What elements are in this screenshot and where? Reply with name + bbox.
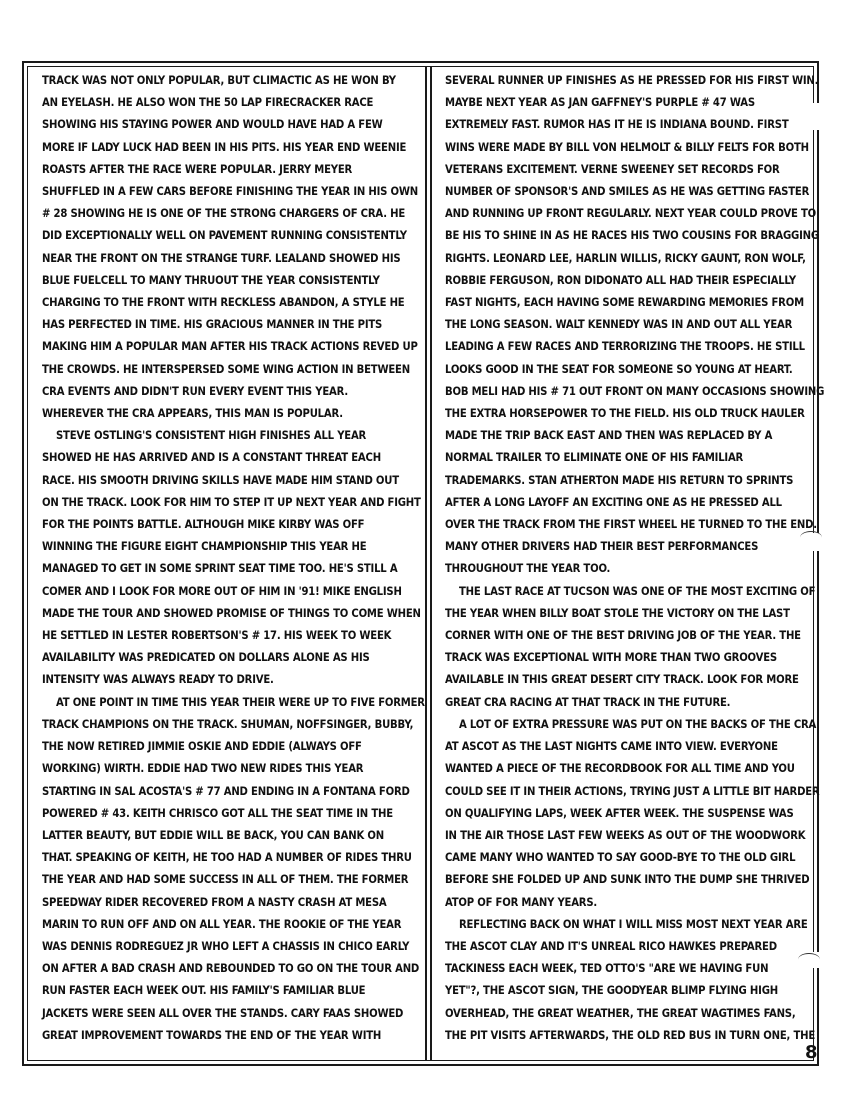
text-line: SHUFFLED IN A FEW CARS BEFORE FINISHING …: [42, 181, 427, 203]
text-line: COMER AND I LOOK FOR MORE OUT OF HIM IN …: [42, 581, 427, 603]
text-line: CORNER WITH ONE OF THE BEST DRIVING JOB …: [445, 625, 815, 647]
column-divider-line: [430, 66, 432, 1061]
text-line: WANTED A PIECE OF THE RECORDBOOK FOR ALL…: [445, 758, 815, 780]
text-line: POWERED # 43. KEITH CHRISCO GOT ALL THE …: [42, 803, 427, 825]
text-line: RACE. HIS SMOOTH DRIVING SKILLS HAVE MAD…: [42, 470, 427, 492]
article-column-right: SEVERAL RUNNER UP FINISHES AS HE PRESSED…: [445, 70, 815, 1047]
text-line: AT ASCOT AS THE LAST NIGHTS CAME INTO VI…: [445, 736, 815, 758]
text-line: SHOWED HE HAS ARRIVED AND IS A CONSTANT …: [42, 447, 427, 469]
text-line: THE EXTRA HORSEPOWER TO THE FIELD. HIS O…: [445, 403, 815, 425]
text-line: ON QUALIFYING LAPS, WEEK AFTER WEEK. THE…: [445, 803, 815, 825]
text-line: CAME MANY WHO WANTED TO SAY GOOD-BYE TO …: [445, 847, 815, 869]
text-line: TRACK WAS NOT ONLY POPULAR, BUT CLIMACTI…: [42, 70, 427, 92]
page-number: 8: [805, 1042, 818, 1063]
text-line: SHOWING HIS STAYING POWER AND WOULD HAVE…: [42, 114, 427, 136]
article-column-left: TRACK WAS NOT ONLY POPULAR, BUT CLIMACTI…: [42, 70, 427, 1047]
text-line: ATOP OF FOR MANY YEARS.: [445, 892, 815, 914]
text-line: MAKING HIM A POPULAR MAN AFTER HIS TRACK…: [42, 336, 427, 358]
text-line: NEAR THE FRONT ON THE STRANGE TURF. LEAL…: [42, 248, 427, 270]
text-line: AVAILABILITY WAS PREDICATED ON DOLLARS A…: [42, 647, 427, 669]
text-line: GREAT CRA RACING AT THAT TRACK IN THE FU…: [445, 692, 815, 714]
text-line: STEVE OSTLING'S CONSISTENT HIGH FINISHES…: [42, 425, 427, 447]
text-line: NUMBER OF SPONSOR'S AND SMILES AS HE WAS…: [445, 181, 815, 203]
text-line: CHARGING TO THE FRONT WITH RECKLESS ABAN…: [42, 292, 427, 314]
text-line: ON THE TRACK. LOOK FOR HIM TO STEP IT UP…: [42, 492, 427, 514]
text-line: BLUE FUELCELL TO MANY THRUOUT THE YEAR C…: [42, 270, 427, 292]
text-line: ROBBIE FERGUSON, RON DIDONATO ALL HAD TH…: [445, 270, 815, 292]
text-line: HE SETTLED IN LESTER ROBERTSON'S # 17. H…: [42, 625, 427, 647]
text-line: MANY OTHER DRIVERS HAD THEIR BEST PERFOR…: [445, 536, 815, 558]
text-line: DID EXCEPTIONALLY WELL ON PAVEMENT RUNNI…: [42, 225, 427, 247]
text-line: SPEEDWAY RIDER RECOVERED FROM A NASTY CR…: [42, 892, 427, 914]
text-line: THAT. SPEAKING OF KEITH, HE TOO HAD A NU…: [42, 847, 427, 869]
text-line: THE LONG SEASON. WALT KENNEDY WAS IN AND…: [445, 314, 815, 336]
text-line: ON AFTER A BAD CRASH AND REBOUNDED TO GO…: [42, 958, 427, 980]
text-line: MADE THE TRIP BACK EAST AND THEN WAS REP…: [445, 425, 815, 447]
text-line: SEVERAL RUNNER UP FINISHES AS HE PRESSED…: [445, 70, 815, 92]
text-line: LATTER BEAUTY, BUT EDDIE WILL BE BACK, Y…: [42, 825, 427, 847]
text-line: RIGHTS. LEONARD LEE, HARLIN WILLIS, RICK…: [445, 248, 815, 270]
text-line: FAST NIGHTS, EACH HAVING SOME REWARDING …: [445, 292, 815, 314]
text-line: IN THE AIR THOSE LAST FEW WEEKS AS OUT O…: [445, 825, 815, 847]
text-line: THE CROWDS. HE INTERSPERSED SOME WING AC…: [42, 359, 427, 381]
text-line: MARIN TO RUN OFF AND ON ALL YEAR. THE RO…: [42, 914, 427, 936]
text-line: OVERHEAD, THE GREAT WEATHER, THE GREAT W…: [445, 1003, 815, 1025]
text-line: AVAILABLE IN THIS GREAT DESERT CITY TRAC…: [445, 669, 815, 691]
text-line: TRACK CHAMPIONS ON THE TRACK. SHUMAN, NO…: [42, 714, 427, 736]
text-line: AFTER A LONG LAYOFF AN EXCITING ONE AS H…: [445, 492, 815, 514]
text-line: STARTING IN SAL ACOSTA'S # 77 AND ENDING…: [42, 781, 427, 803]
text-line: YET"?, THE ASCOT SIGN, THE GOODYEAR BLIM…: [445, 980, 815, 1002]
text-line: FOR THE POINTS BATTLE. ALTHOUGH MIKE KIR…: [42, 514, 427, 536]
text-line: CRA EVENTS AND DIDN'T RUN EVERY EVENT TH…: [42, 381, 427, 403]
text-line: INTENSITY WAS ALWAYS READY TO DRIVE.: [42, 669, 427, 691]
text-line: OVER THE TRACK FROM THE FIRST WHEEL HE T…: [445, 514, 815, 536]
text-line: LOOKS GOOD IN THE SEAT FOR SOMEONE SO YO…: [445, 359, 815, 381]
text-line: WINNING THE FIGURE EIGHT CHAMPIONSHIP TH…: [42, 536, 427, 558]
text-line: EXTREMELY FAST. RUMOR HAS IT HE IS INDIA…: [445, 114, 815, 136]
text-line: AT ONE POINT IN TIME THIS YEAR THEIR WER…: [42, 692, 427, 714]
text-line: THE ASCOT CLAY AND IT'S UNREAL RICO HAWK…: [445, 936, 815, 958]
text-line: GREAT IMPROVEMENT TOWARDS THE END OF THE…: [42, 1025, 427, 1047]
text-line: RUN FASTER EACH WEEK OUT. HIS FAMILY'S F…: [42, 980, 427, 1002]
text-line: THE PIT VISITS AFTERWARDS, THE OLD RED B…: [445, 1025, 815, 1047]
text-line: MADE THE TOUR AND SHOWED PROMISE OF THIN…: [42, 603, 427, 625]
text-line: THE LAST RACE AT TUCSON WAS ONE OF THE M…: [445, 581, 815, 603]
text-line: BE HIS TO SHINE IN AS HE RACES HIS TWO C…: [445, 225, 815, 247]
text-line: A LOT OF EXTRA PRESSURE WAS PUT ON THE B…: [445, 714, 815, 736]
text-line: MORE IF LADY LUCK HAD BEEN IN HIS PITS. …: [42, 137, 427, 159]
text-line: WHEREVER THE CRA APPEARS, THIS MAN IS PO…: [42, 403, 427, 425]
text-line: MAYBE NEXT YEAR AS JAN GAFFNEY'S PURPLE …: [445, 92, 815, 114]
text-line: THE YEAR WHEN BILLY BOAT STOLE THE VICTO…: [445, 603, 815, 625]
text-line: LEADING A FEW RACES AND TERRORIZING THE …: [445, 336, 815, 358]
text-line: JACKETS WERE SEEN ALL OVER THE STANDS. C…: [42, 1003, 427, 1025]
text-line: THROUGHOUT THE YEAR TOO.: [445, 558, 815, 580]
text-line: THE YEAR AND HAD SOME SUCCESS IN ALL OF …: [42, 869, 427, 891]
text-line: COULD SEE IT IN THEIR ACTIONS, TRYING JU…: [445, 781, 815, 803]
text-line: NORMAL TRAILER TO ELIMINATE ONE OF HIS F…: [445, 447, 815, 469]
text-line: VETERANS EXCITEMENT. VERNE SWEENEY SET R…: [445, 159, 815, 181]
text-line: HAS PERFECTED IN TIME. HIS GRACIOUS MANN…: [42, 314, 427, 336]
text-line: BEFORE SHE FOLDED UP AND SUNK INTO THE D…: [445, 869, 815, 891]
text-line: MANAGED TO GET IN SOME SPRINT SEAT TIME …: [42, 558, 427, 580]
text-line: AND RUNNING UP FRONT REGULARLY. NEXT YEA…: [445, 203, 815, 225]
text-line: TRADEMARKS. STAN ATHERTON MADE HIS RETUR…: [445, 470, 815, 492]
text-line: TRACK WAS EXCEPTIONAL WITH MORE THAN TWO…: [445, 647, 815, 669]
text-line: THE NOW RETIRED JIMMIE OSKIE AND EDDIE (…: [42, 736, 427, 758]
text-line: BOB MELI HAD HIS # 71 OUT FRONT ON MANY …: [445, 381, 815, 403]
text-line: REFLECTING BACK ON WHAT I WILL MISS MOST…: [445, 914, 815, 936]
text-line: # 28 SHOWING HE IS ONE OF THE STRONG CHA…: [42, 203, 427, 225]
text-line: WINS WERE MADE BY BILL VON HELMOLT & BIL…: [445, 137, 815, 159]
text-line: TACKINESS EACH WEEK, TED OTTO'S "ARE WE …: [445, 958, 815, 980]
text-line: WAS DENNIS RODREGUEZ JR WHO LEFT A CHASS…: [42, 936, 427, 958]
text-line: AN EYELASH. HE ALSO WON THE 50 LAP FIREC…: [42, 92, 427, 114]
text-line: ROASTS AFTER THE RACE WERE POPULAR. JERR…: [42, 159, 427, 181]
text-line: WORKING) WIRTH. EDDIE HAD TWO NEW RIDES …: [42, 758, 427, 780]
